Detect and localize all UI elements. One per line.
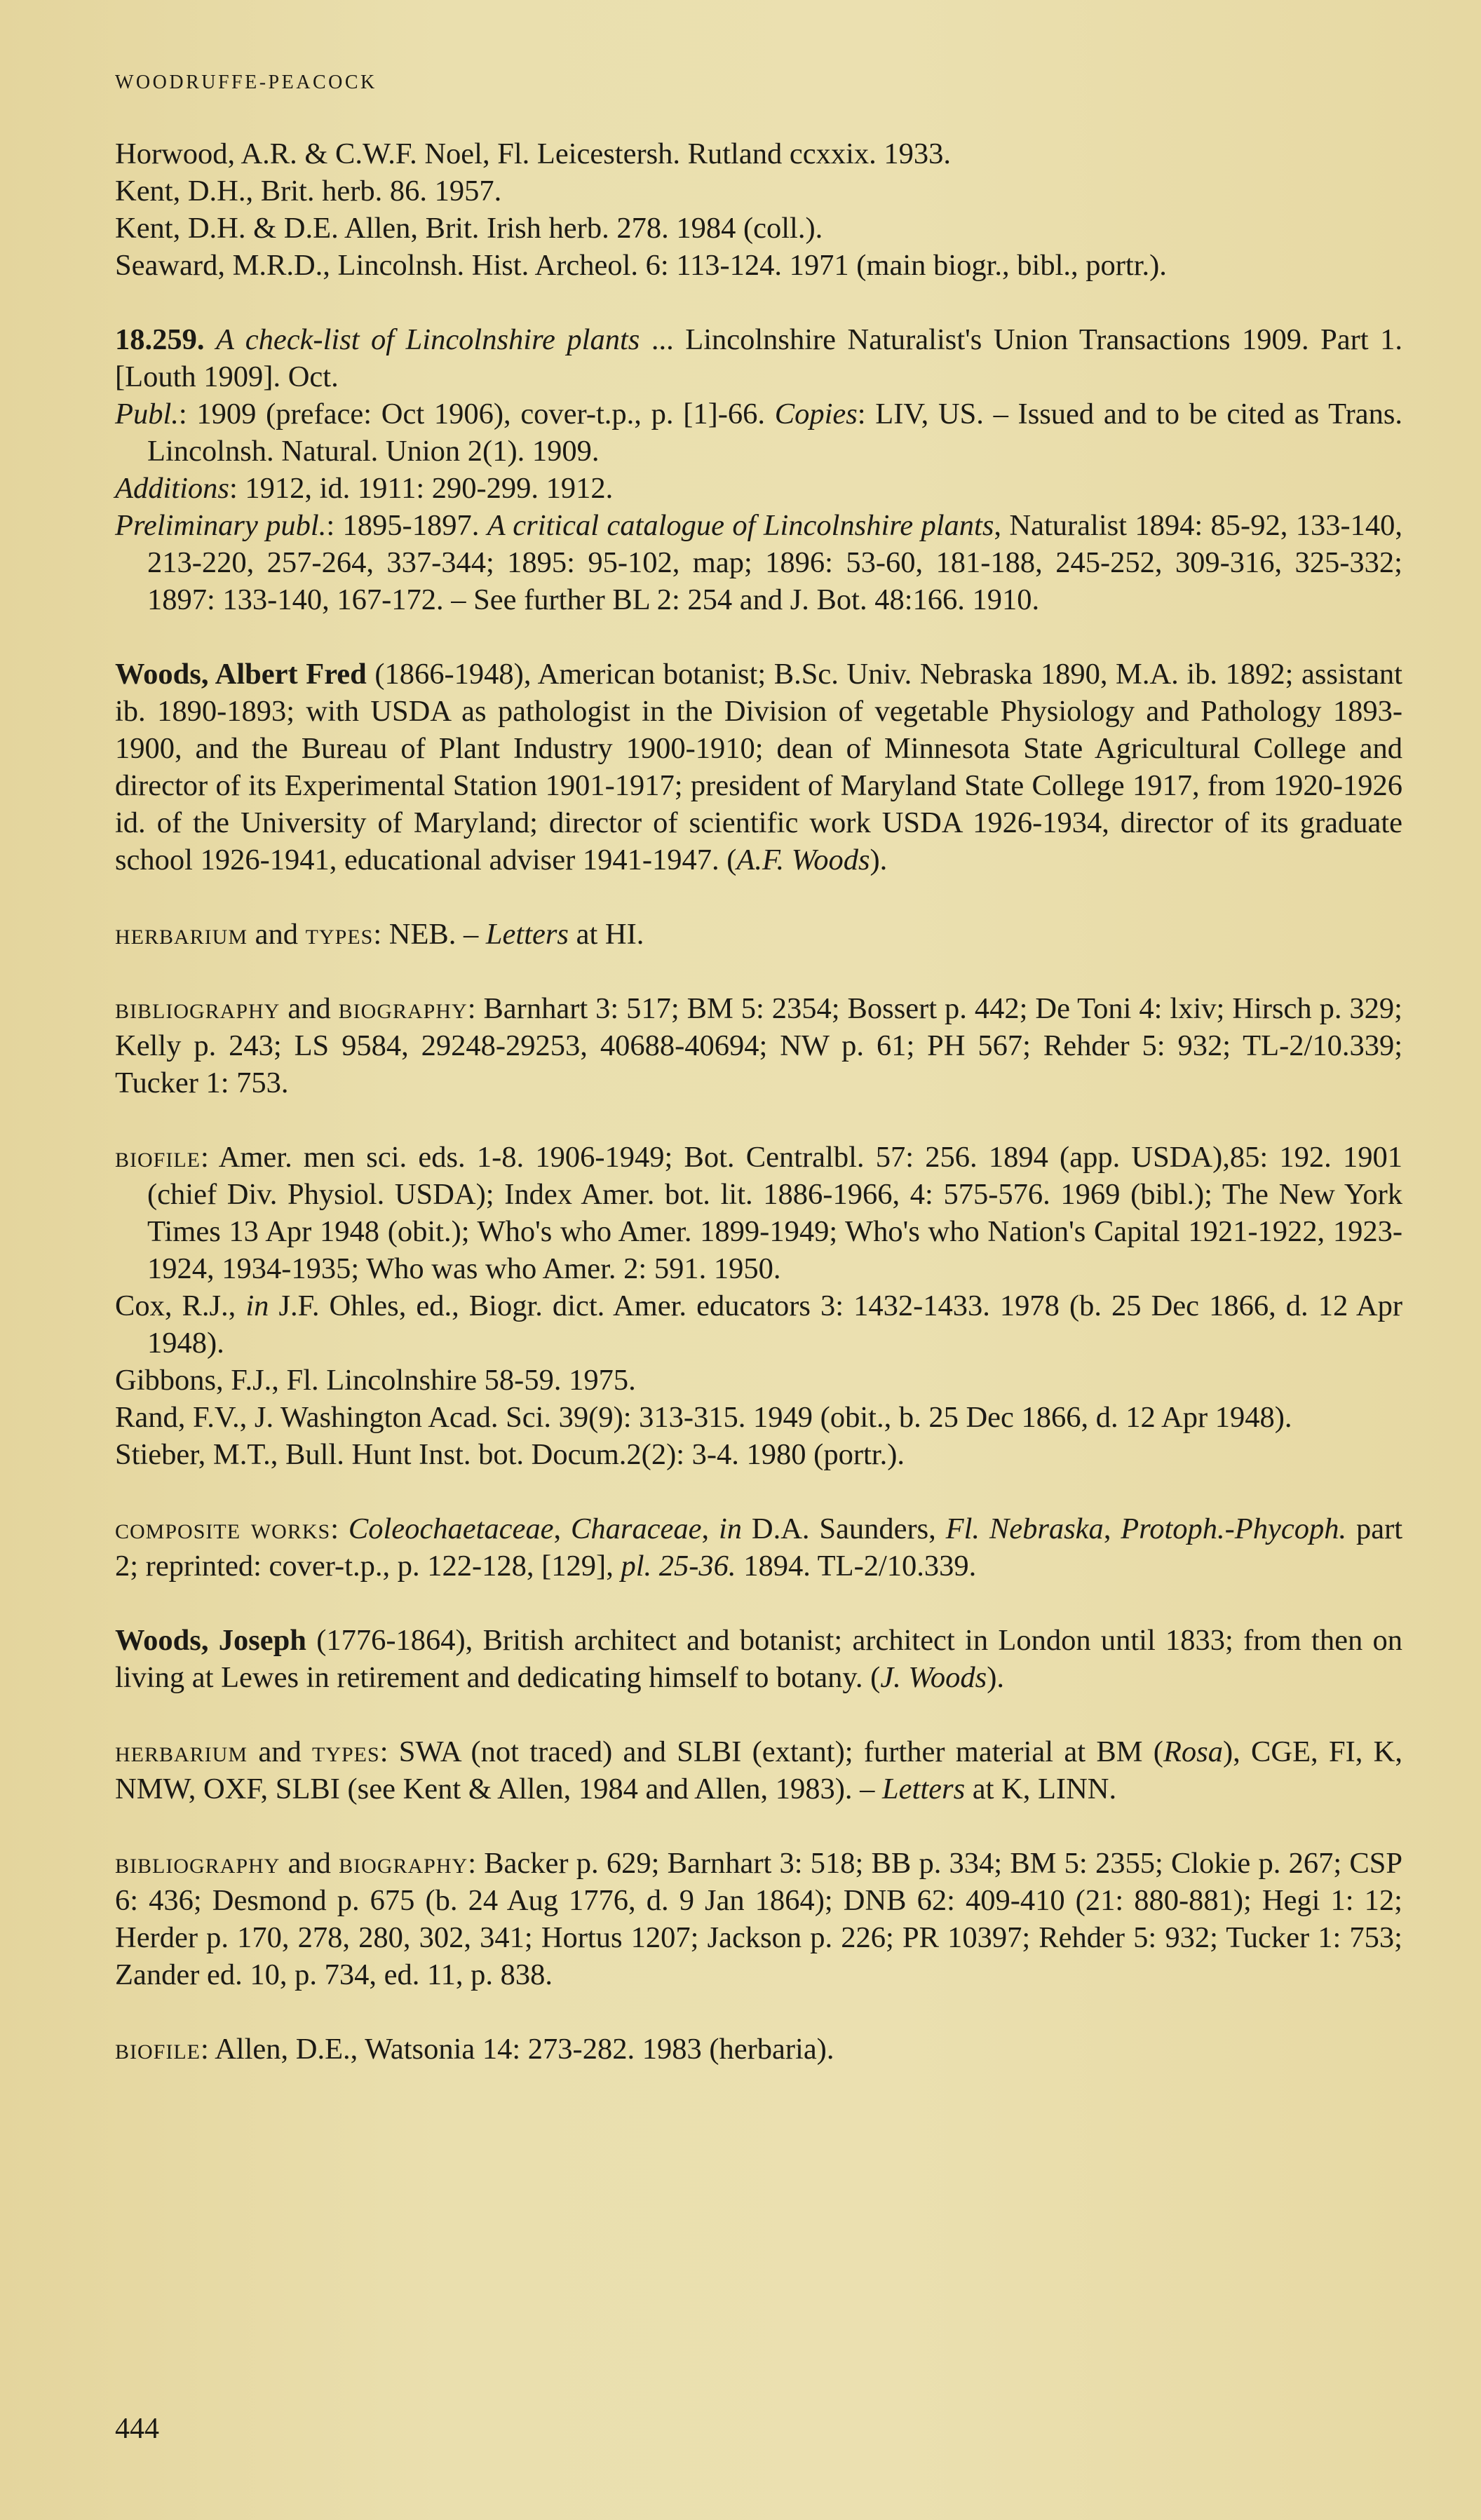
herbarium-section: herbarium and types: SWA (not traced) an… [115, 1733, 1402, 1808]
page-body: Horwood, A.R. & C.W.F. Noel, Fl. Leicest… [115, 135, 1402, 2068]
biography-woods-joseph: Woods, Joseph (1776-1864), British archi… [115, 1622, 1402, 1696]
reference-line: Stieber, M.T., Bull. Hunt Inst. bot. Doc… [115, 1436, 1402, 1473]
reference-line: Kent, D.H., Brit. herb. 86. 1957. [115, 172, 1402, 210]
bibliography-section: bibliography and biography: Backer p. 62… [115, 1845, 1402, 1993]
entry-number: 18.259. [115, 323, 205, 356]
reference-line: Rand, F.V., J. Washington Acad. Sci. 39(… [115, 1399, 1402, 1436]
entry-18259-additions: Additions: 1912, id. 1911: 290-299. 1912… [115, 470, 1402, 507]
reference-line: Cox, R.J., in J.F. Ohles, ed., Biogr. di… [115, 1287, 1402, 1362]
reference-line: Horwood, A.R. & C.W.F. Noel, Fl. Leicest… [115, 135, 1402, 172]
person-name: Woods, Albert Fred [115, 658, 367, 691]
entry-18259-publ: Publ.: 1909 (preface: Oct 1906), cover-t… [115, 395, 1402, 470]
reference-line: Seaward, M.R.D., Lincolnsh. Hist. Archeo… [115, 247, 1402, 284]
composite-works-section: composite works: Coleochaetaceae, Charac… [115, 1510, 1402, 1585]
biofile-section: biofile: Allen, D.E., Watsonia 14: 273-2… [115, 2031, 1402, 2068]
reference-line: Gibbons, F.J., Fl. Lincolnshire 58-59. 1… [115, 1362, 1402, 1399]
biography-woods-albert: Woods, Albert Fred (1866-1948), American… [115, 656, 1402, 879]
page-number: 444 [115, 2412, 159, 2446]
biofile-section: biofile: Amer. men sci. eds. 1-8. 1906-1… [115, 1139, 1402, 1287]
bibliography-section: bibliography and biography: Barnhart 3: … [115, 990, 1402, 1102]
entry-18259-preliminary: Preliminary publ.: 1895-1897. A critical… [115, 507, 1402, 618]
entry-title: A check-list of Lincolnshire plants [216, 323, 640, 356]
reference-line: Kent, D.H. & D.E. Allen, Brit. Irish her… [115, 210, 1402, 247]
entry-18259-title: 18.259. A check-list of Lincolnshire pla… [115, 321, 1402, 395]
person-name: Woods, Joseph [115, 1624, 306, 1657]
herbarium-section: herbarium and types: NEB. – Letters at H… [115, 916, 1402, 953]
running-head: WOODRUFFE-PEACOCK [115, 72, 377, 94]
